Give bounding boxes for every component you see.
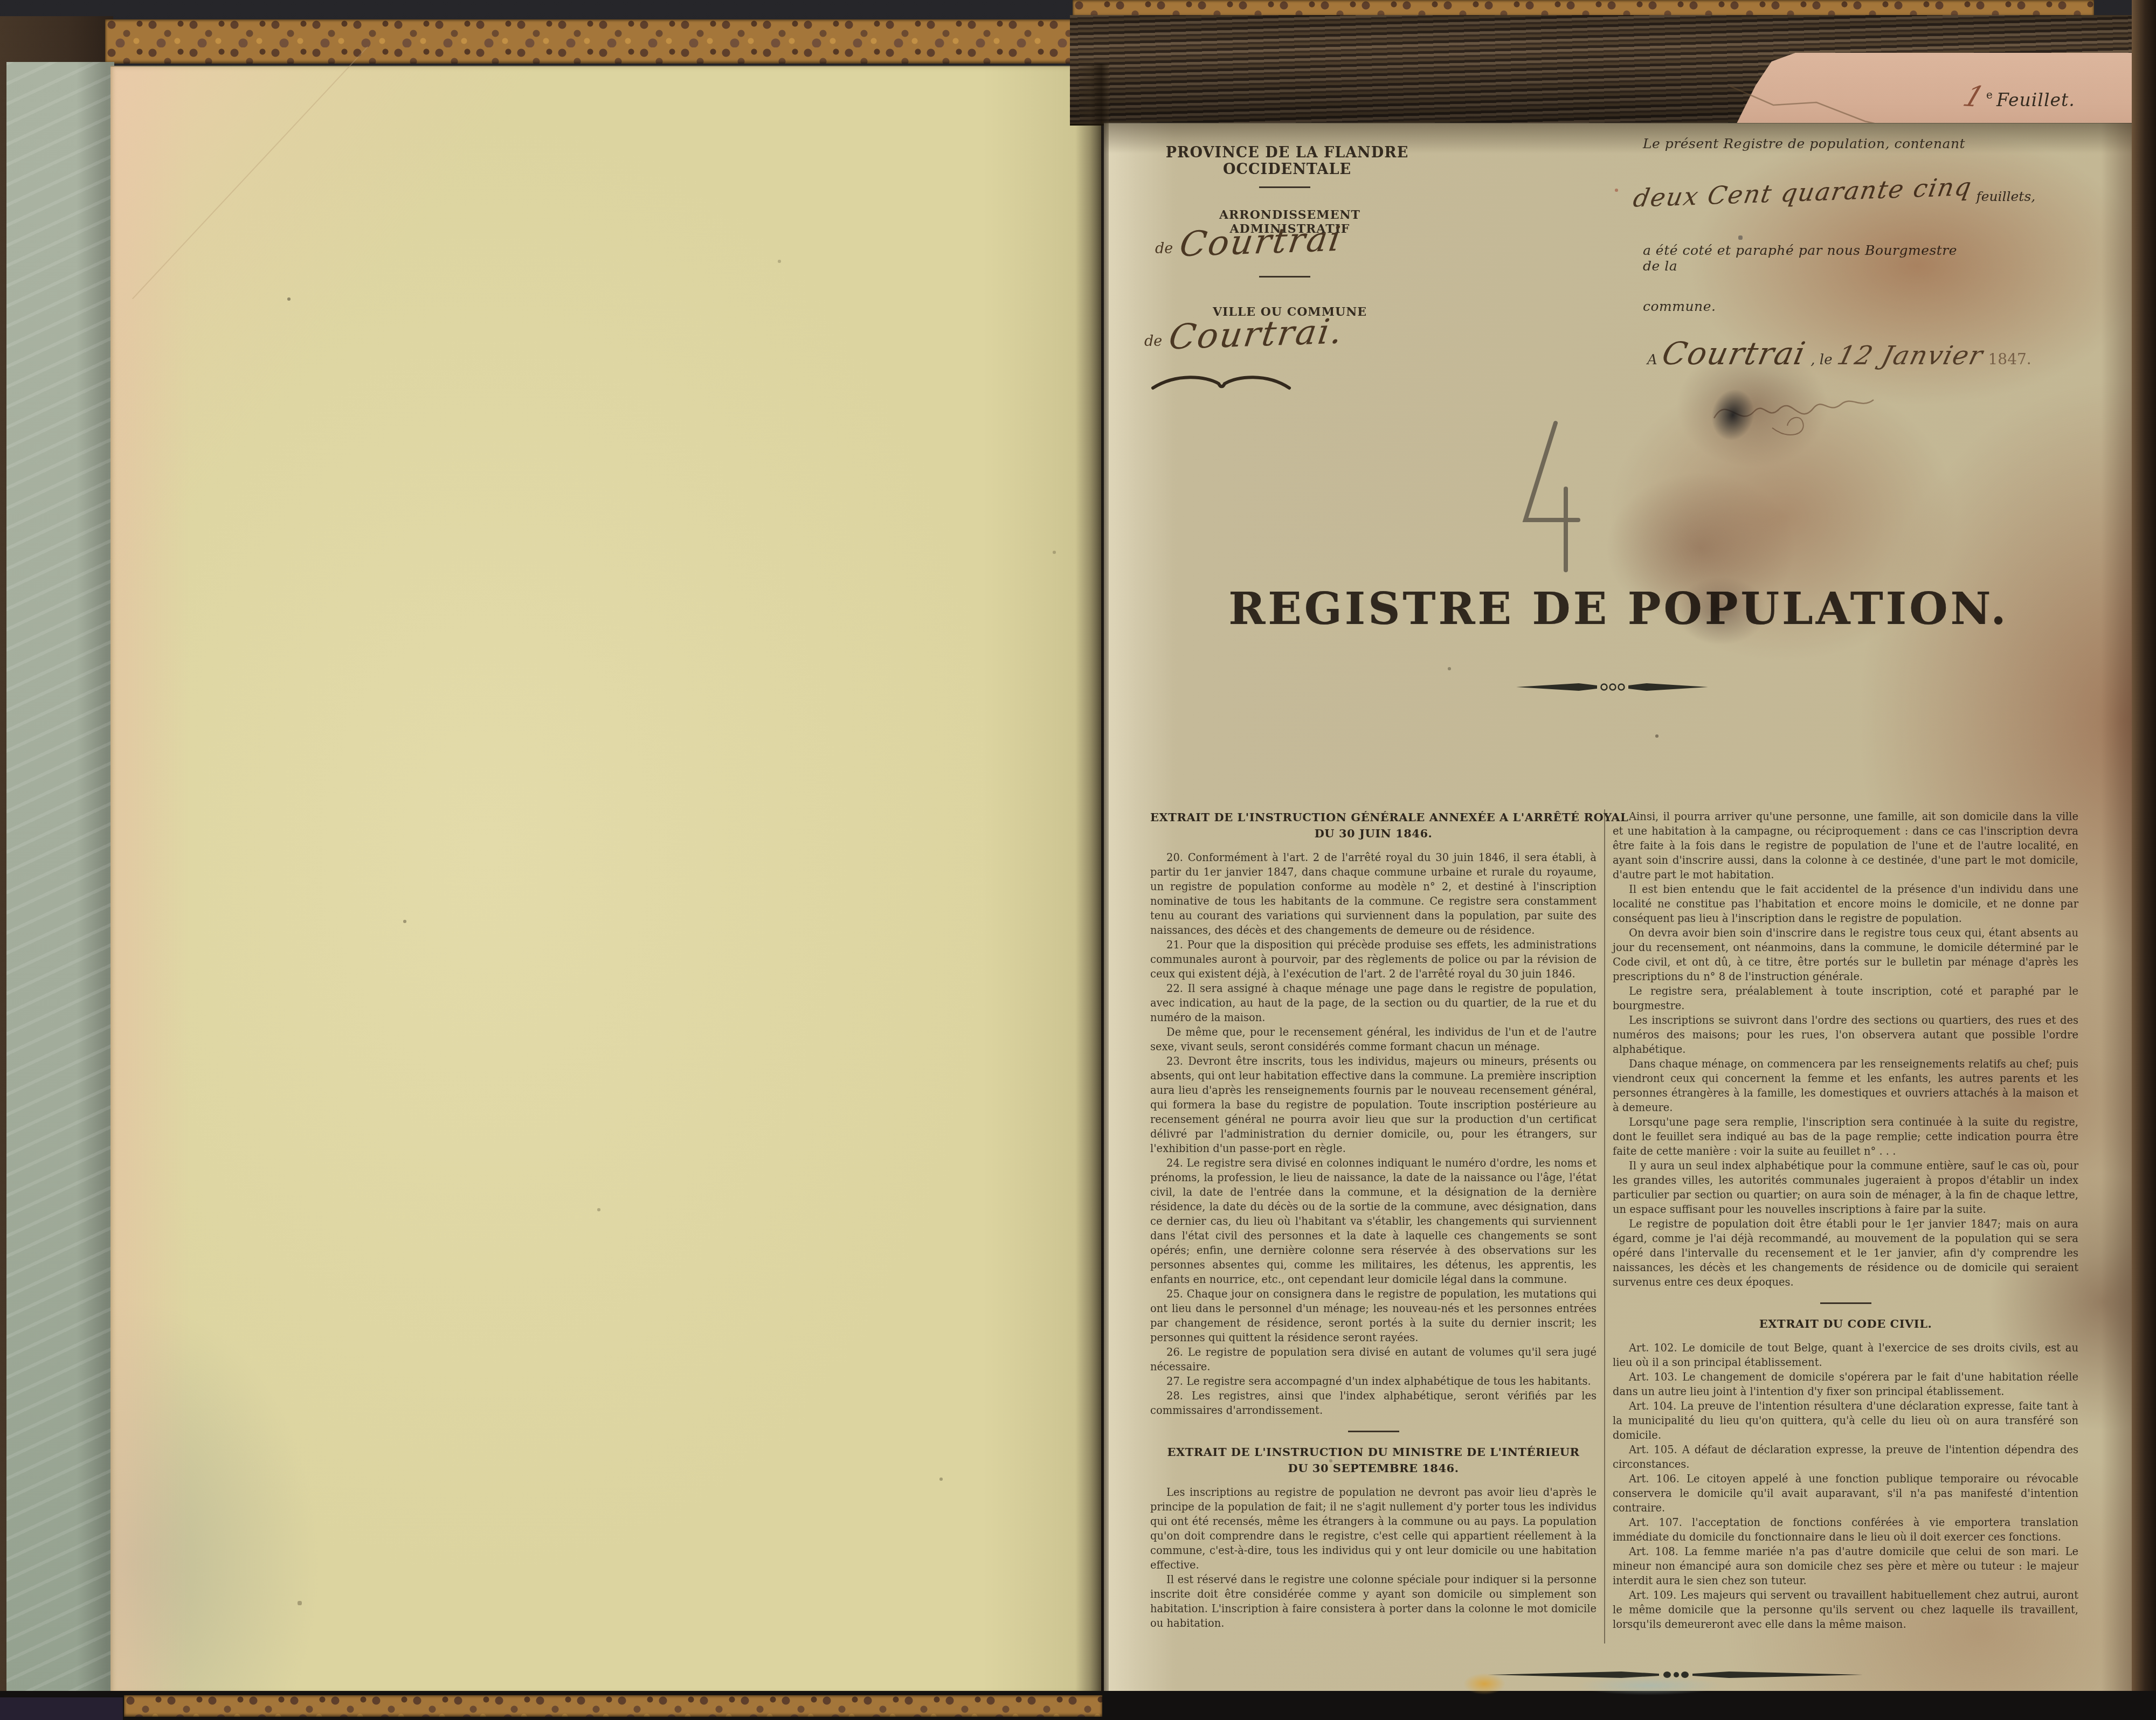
- certification-date-line: A Courtrai , le 12 Janvier 1847.: [1647, 335, 2031, 372]
- certification-line-3: commune.: [1643, 299, 1805, 314]
- paragraph: 24. Le registre sera divisé en colonnes …: [1150, 1156, 1597, 1287]
- paragraph: Il y aura un seul index alphabétique pou…: [1613, 1159, 2078, 1217]
- scanned-register-spread: 1 e Feuillet. PROVINCE DE LA FLANDRE OCC…: [0, 0, 2156, 1720]
- handwritten-date-day: 12 Janvier: [1834, 341, 1987, 371]
- left-text-column: EXTRAIT DE L'INSTRUCTION GÉNÉRALE ANNEXÉ…: [1150, 809, 1597, 1631]
- article: Art. 108. La femme mariée n'a pas d'autr…: [1613, 1544, 2078, 1588]
- paragraph: Le registre sera, préalablement à toute …: [1613, 984, 2078, 1013]
- folio-label: Feuillet.: [1996, 89, 2075, 110]
- folio-count-suffix: feuillets,: [1976, 189, 2035, 204]
- marbled-cover-edge-top-left: [105, 19, 1083, 64]
- blank-left-page: [110, 66, 1101, 1695]
- paragraph: Les inscriptions au registre de populati…: [1150, 1485, 1597, 1572]
- brace-ornament: [1150, 371, 1293, 393]
- handwritten-place-name: Courtrai: [1177, 219, 1344, 265]
- commune-entry: deCourtrai.: [1144, 315, 1343, 355]
- paragraph: Ainsi, il pourra arriver qu'une personne…: [1613, 809, 2078, 882]
- article: Art. 109. Les majeurs qui servent ou tra…: [1613, 1588, 2078, 1632]
- code-civil-heading: EXTRAIT DU CODE CIVIL.: [1613, 1316, 2078, 1332]
- article: Art. 104. La preuve de l'intention résul…: [1613, 1399, 2078, 1442]
- paper-specks: [110, 67, 112, 68]
- section-heading-date: DU 30 JUIN 1846.: [1150, 826, 1597, 842]
- province-heading: PROVINCE DE LA FLANDRE OCCIDENTALE: [1144, 144, 1430, 178]
- folio-count-entry: deux Cent quarante cinqfeuillets,: [1635, 178, 2035, 207]
- handwritten-folio-count: deux Cent quarante cinq: [1631, 172, 1974, 213]
- paragraph: 21. Pour que la disposition qui précède …: [1150, 938, 1597, 981]
- article: Art. 107. l'acceptation de fonctions con…: [1613, 1515, 2078, 1544]
- article: Art. 105. A défaut de déclaration expres…: [1613, 1442, 2078, 1472]
- folio-annotation: 1 e Feuillet.: [1965, 81, 2075, 113]
- pencil-volume-number: [1514, 418, 1586, 577]
- article: Art. 103. Le changement de domicile s'op…: [1613, 1370, 2078, 1399]
- paragraph: Dans chaque ménage, on commencera par le…: [1613, 1057, 2078, 1115]
- certification-line-1: Le présent Registre de population, conte…: [1643, 136, 1977, 151]
- handwritten-place-name: Courtrai.: [1166, 311, 1346, 357]
- column-rule: [1604, 809, 1605, 1643]
- paragraph: 23. Devront être inscrits, tous les indi…: [1150, 1054, 1597, 1156]
- section-heading: EXTRAIT DE L'INSTRUCTION GÉNÉRALE ANNEXÉ…: [1150, 809, 1597, 826]
- title-ornament: [1515, 679, 1709, 695]
- marbled-cover-edge-bottom: [124, 1695, 1102, 1717]
- gutter-shadow: [1075, 64, 1109, 1694]
- paragraph: 20. Conformément à l'art. 2 de l'arrêté …: [1150, 850, 1597, 938]
- fold-crease: [132, 46, 368, 299]
- folio-ordinal-suffix: e: [1986, 88, 1993, 101]
- paint-blob-yellow: [1463, 1673, 1505, 1695]
- endpaper-edge: [6, 62, 114, 1701]
- right-text-column: Ainsi, il pourra arriver qu'une personne…: [1613, 809, 2078, 1632]
- book-fore-edge: [2132, 0, 2156, 1720]
- article: Art. 106. Le citoyen appelé à une foncti…: [1613, 1472, 2078, 1515]
- paragraph: Il est bien entendu que le fait accident…: [1613, 882, 2078, 926]
- paragraph: Il est réservé dans le registre une colo…: [1150, 1572, 1597, 1631]
- paragraph: Lorsqu'une page sera remplie, l'inscript…: [1613, 1115, 2078, 1159]
- section-rule: [1348, 1431, 1399, 1432]
- certification-line-2: a été coté et paraphé par nous Bourgmest…: [1643, 242, 1977, 274]
- paragraph: On devra avoir bien soin d'inscrire dans…: [1613, 926, 2078, 984]
- section-heading: EXTRAIT DE L'INSTRUCTION DU MINISTRE DE …: [1150, 1444, 1597, 1460]
- paragraph: Les inscriptions se suivront dans l'ordr…: [1613, 1013, 2078, 1057]
- register-title-page: PROVINCE DE LA FLANDRE OCCIDENTALE ARRON…: [1104, 123, 2133, 1695]
- paragraph: De même que, pour le recensement général…: [1150, 1025, 1597, 1054]
- paragraph: 22. Il sera assigné à chaque ménage une …: [1150, 981, 1597, 1025]
- paint-blob-blue: [1577, 1676, 1721, 1695]
- arrondissement-entry: deCourtrai: [1155, 222, 1342, 262]
- date-year: 1847.: [1988, 350, 2031, 368]
- paragraph: 27. Le registre sera accompagné d'un ind…: [1150, 1374, 1597, 1389]
- date-mid: , le: [1811, 352, 1832, 368]
- handwritten-prefix: de: [1155, 240, 1173, 257]
- date-prefix: A: [1647, 352, 1657, 368]
- handwritten-prefix: de: [1144, 333, 1162, 350]
- paragraph: Le registre de population doit être étab…: [1613, 1217, 2078, 1289]
- section-heading-date: DU 30 SEPTEMBRE 1846.: [1150, 1460, 1597, 1476]
- page-title: REGISTRE DE POPULATION.: [1196, 583, 2042, 635]
- bottom-left-cover-corner: [0, 1697, 123, 1720]
- divider-rule: [1259, 276, 1310, 278]
- article: Art. 102. Le domicile de tout Belge, qua…: [1613, 1341, 2078, 1370]
- paragraph: 28. Les registres, ainsi que l'index alp…: [1150, 1389, 1597, 1418]
- divider-rule: [1259, 186, 1310, 188]
- paragraph: 26. Le registre de population sera divis…: [1150, 1345, 1597, 1374]
- section-rule: [1820, 1302, 1871, 1304]
- handwritten-date-place: Courtrai: [1659, 335, 1809, 372]
- paragraph: 25. Chaque jour on consignera dans le re…: [1150, 1287, 1597, 1345]
